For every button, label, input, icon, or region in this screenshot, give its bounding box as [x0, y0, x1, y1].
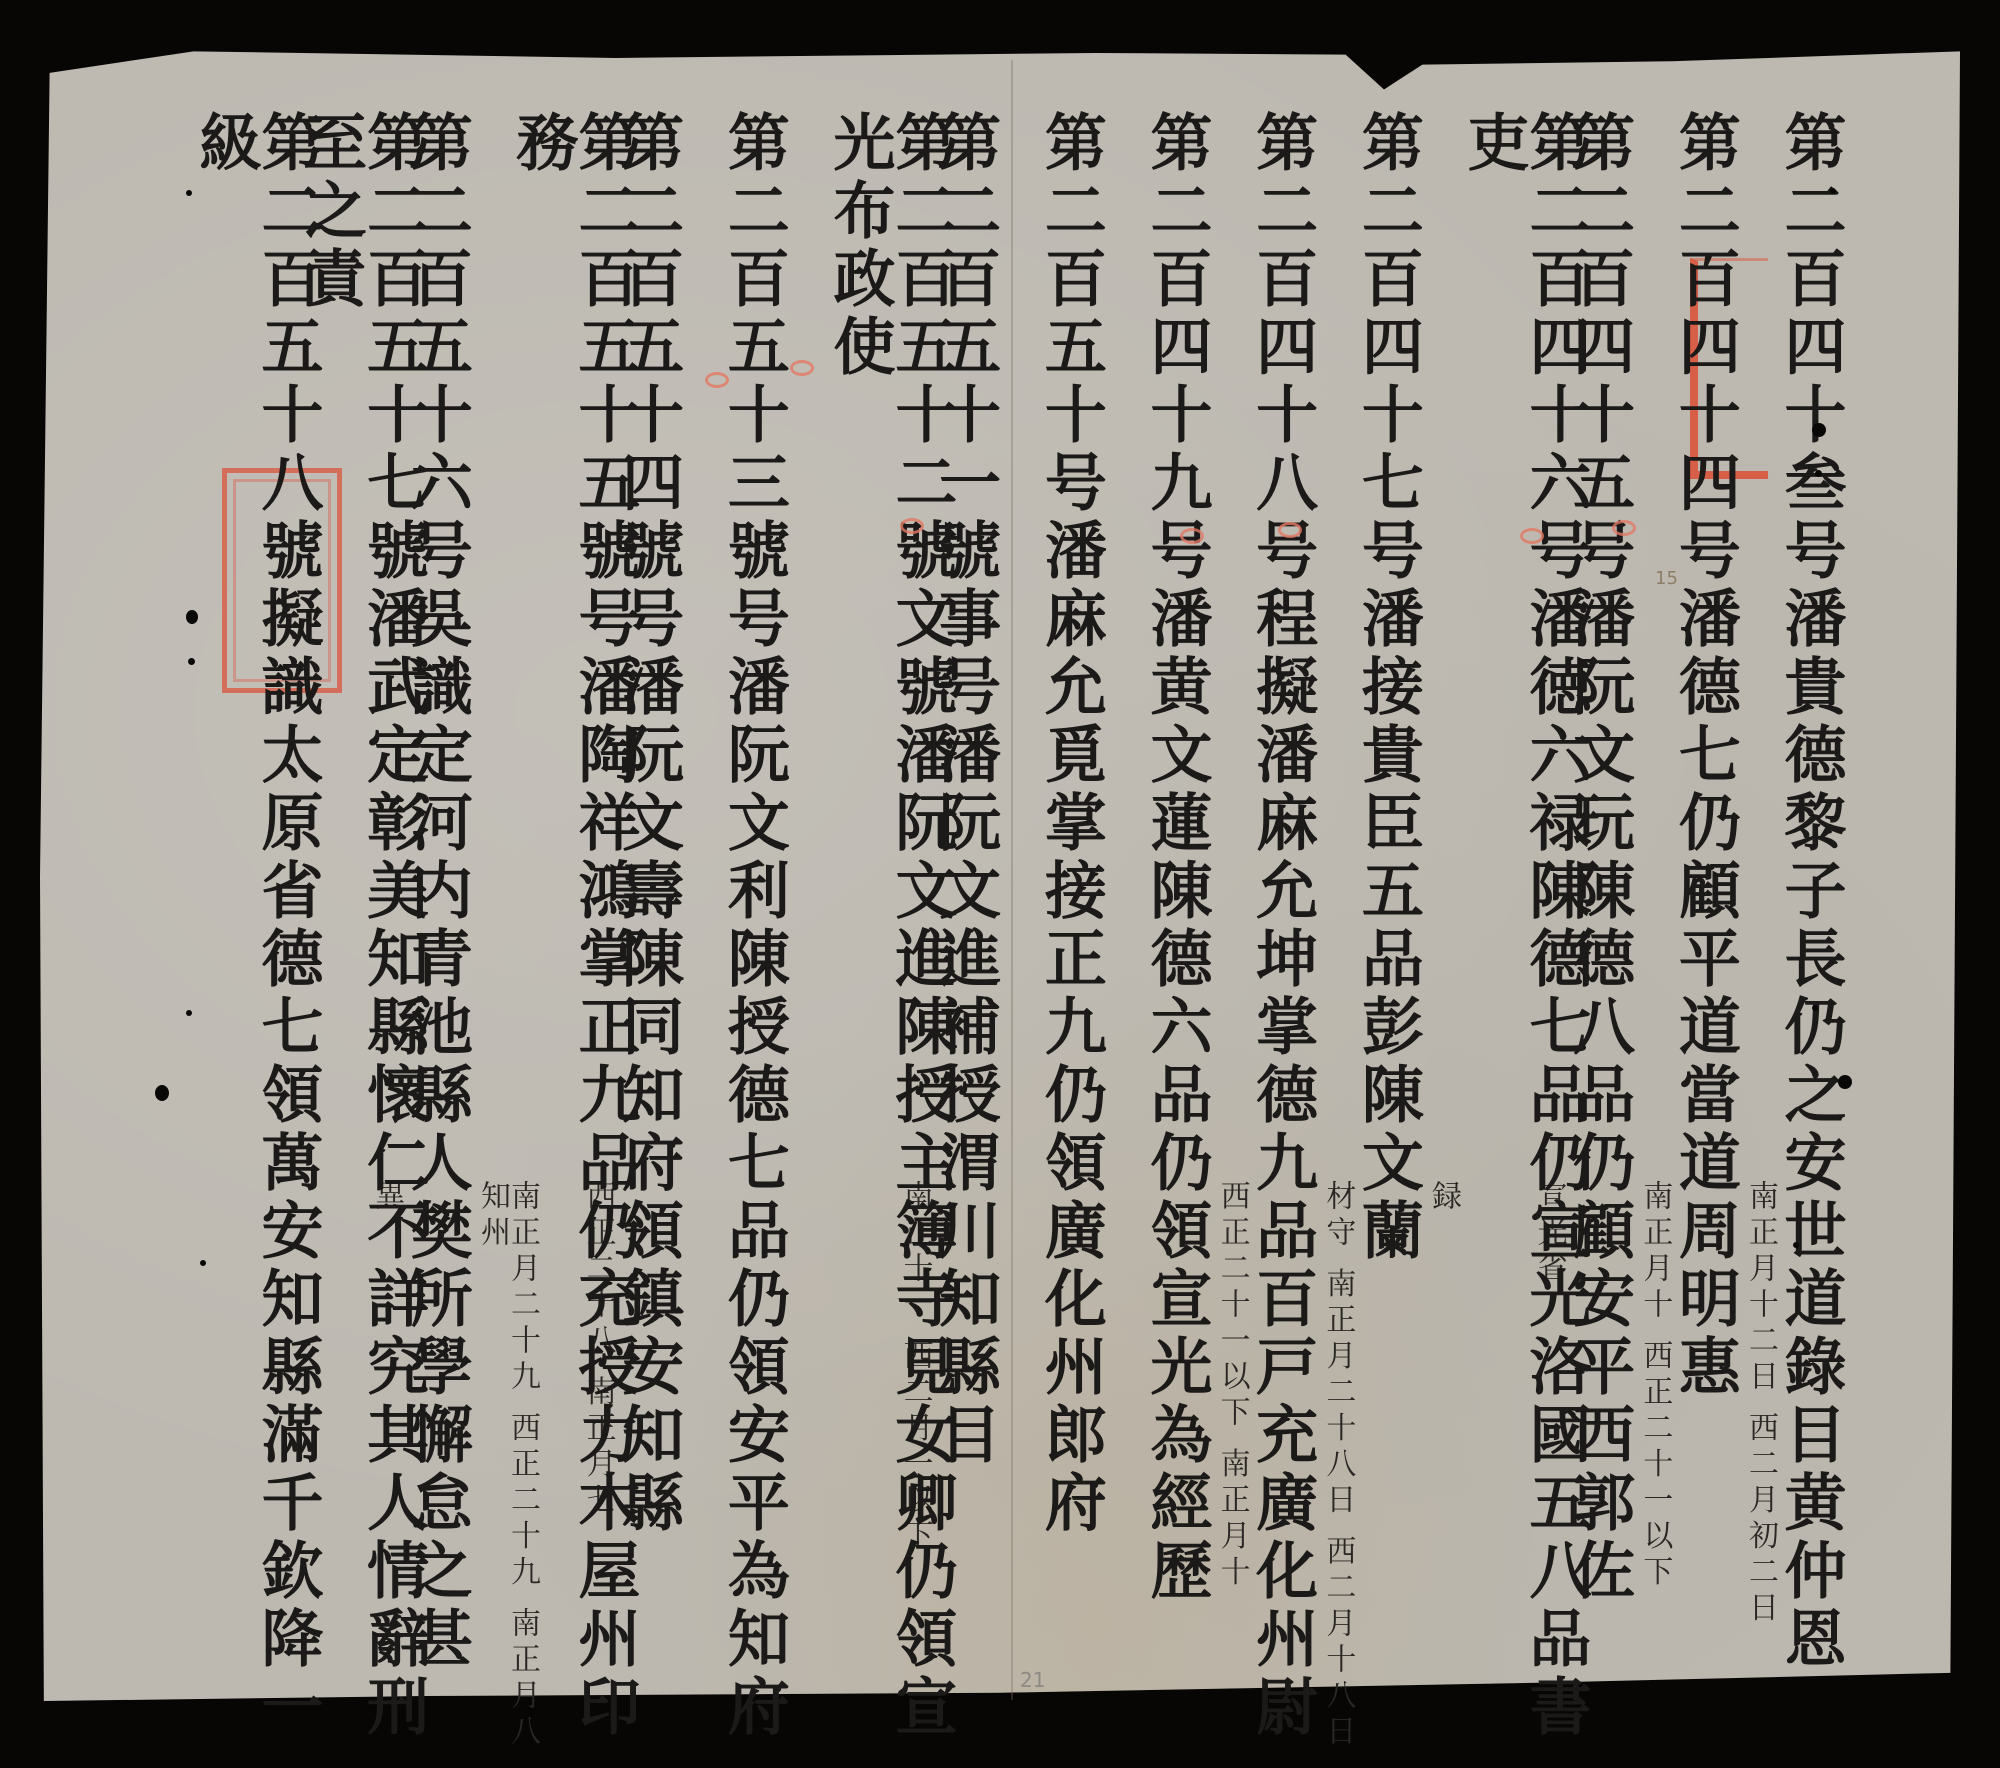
- binding-hole: [188, 658, 195, 665]
- column-annotation: 材守 南正月二十八日 西二月十八日: [1322, 1180, 1352, 1751]
- column-annotation: 南正月十 西正二十一以下: [1639, 1180, 1669, 1592]
- text-column: 第二百四十叁号潘貴德黎子長仍之安世道錄目黄仲恩: [1779, 110, 1841, 1674]
- center-fold-line: [1011, 60, 1013, 1700]
- text-column: 第二百五十二號文號潘阮文進陳授主簿寺見女卿仍領宣光布政使: [828, 110, 952, 1768]
- column-annotation: 南正月十二日 西二月初二日: [1745, 1180, 1775, 1628]
- red-mark: [1520, 528, 1544, 544]
- red-mark: [705, 372, 729, 388]
- binding-hole: [186, 1010, 192, 1016]
- binding-hole: [200, 1260, 206, 1266]
- red-mark: [900, 518, 924, 534]
- binding-hole: [186, 610, 198, 624]
- text-column: 第二百四十六号潘徳六禄陳德七品仍宣光洛國五八品書吏: [1462, 110, 1586, 1768]
- page-number: 21: [1020, 1668, 1045, 1692]
- red-mark: [1278, 522, 1302, 538]
- text-column: 第二百五十三號号潘阮文利陳授德七品仍領安平為知府: [722, 110, 784, 1742]
- text-column: 第二百五十八號擬識太原省德七領萬安知縣滿千欽降一級: [194, 110, 318, 1768]
- binding-hole: [155, 1085, 169, 1101]
- column-annotation: 録: [1428, 1180, 1458, 1216]
- column-annotation: 西正二十一以下 南正月十: [1217, 1180, 1247, 1592]
- binding-hole: [1812, 423, 1826, 437]
- red-mark: [1180, 528, 1204, 544]
- pencil-annotation: 15: [1655, 568, 1678, 589]
- red-mark: [1612, 520, 1636, 536]
- text-column: 第二百四十四号潘德七仍顧平道當道周明惠: [1673, 110, 1735, 1402]
- text-column: 第二百四十七号潘接貴臣五品彭陳文蘭: [1356, 110, 1418, 1266]
- binding-hole: [1838, 1075, 1852, 1089]
- binding-hole: [1812, 1005, 1818, 1011]
- binding-hole: [1815, 470, 1822, 477]
- binding-hole: [1793, 1242, 1799, 1248]
- red-mark: [790, 360, 814, 376]
- binding-hole: [1830, 188, 1836, 194]
- column-annotation: 南正月二十九 西正二十九 南正月八 知州: [477, 1180, 537, 1768]
- text-column: 第二百五十号潘麻允覓掌接正九仍領廣化州郎府: [1039, 110, 1101, 1538]
- text-column: 第二百四十九号潘黄文蓮陳德六品仍領宣光為經歷: [1145, 110, 1207, 1606]
- text-column: 第二百四十八号程擬潘麻允坤掌德九品百戸充廣化州尉: [1251, 110, 1313, 1742]
- binding-hole: [186, 190, 192, 196]
